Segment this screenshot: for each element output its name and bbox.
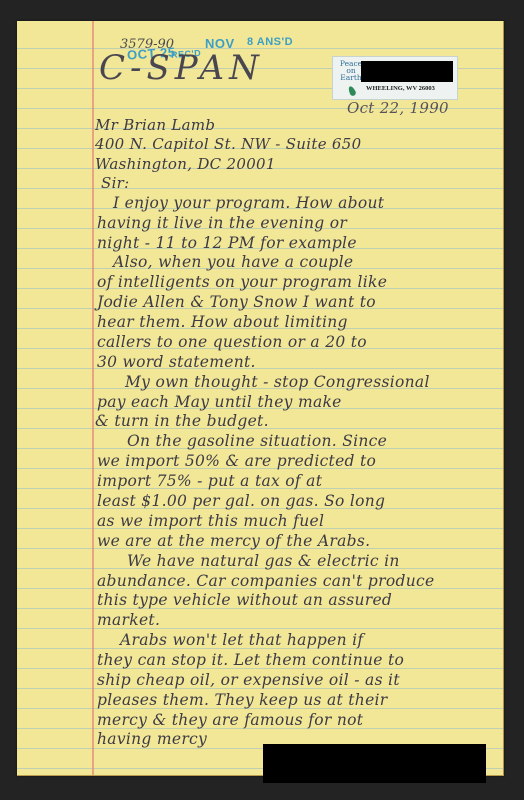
body-line: Also, when you have a couple: [113, 253, 353, 271]
body-line: having it live in the evening or: [97, 214, 347, 232]
body-line: & turn in the budget.: [95, 412, 269, 430]
body-line: they can stop it. Let them continue to: [97, 651, 404, 669]
body-line: Jodie Allen & Tony Snow I want to: [97, 293, 376, 311]
body-line: having mercy: [97, 730, 207, 748]
body-line: we are at the mercy of the Arabs.: [97, 532, 370, 550]
body-line: market.: [97, 611, 160, 629]
body-line: as we import this much fuel: [97, 512, 324, 530]
recipient-city: Washington, DC 20001: [95, 155, 276, 173]
body-line: of intelligents on your program like: [97, 273, 387, 291]
body-line: ship cheap oil, or expensive oil - as it: [97, 671, 400, 689]
heading: C-SPAN: [99, 48, 264, 88]
body-line: hear them. How about limiting: [97, 313, 348, 331]
body-line: this type vehicle without an assured: [97, 591, 392, 609]
body-line: pleases them. They keep us at their: [97, 691, 388, 709]
salutation: Sir:: [101, 174, 130, 192]
redacted-name: [361, 61, 453, 82]
margin-line: [92, 21, 94, 775]
label-city-line: WHEELING, WV 26003: [366, 85, 435, 92]
body-line: import 75% - put a tax of at: [97, 472, 322, 490]
body-line: night - 11 to 12 PM for example: [97, 234, 357, 252]
leaf-icon: [347, 85, 357, 97]
letter-page: 3579-90 OCT 25 REC'D NOV 8 ANS'D Peace o…: [17, 21, 504, 776]
body-line: callers to one question or a 20 to: [97, 333, 367, 351]
letter-date: Oct 22, 1990: [347, 99, 449, 117]
body-line: mercy & they are famous for not: [97, 711, 363, 729]
body-line: we import 50% & are predicted to: [97, 452, 376, 470]
body-line: 30 word statement.: [97, 353, 256, 371]
body-line: I enjoy your program. How about: [113, 194, 384, 212]
body-line: pay each May until they make: [97, 393, 342, 411]
answered-stamp-day-label: 8 ANS'D: [247, 36, 293, 48]
recipient-street: 400 N. Capitol St. NW - Suite 650: [95, 135, 361, 153]
address-label: Peace on Earth WHEELING, WV 26003: [332, 56, 458, 100]
recipient-name: Mr Brian Lamb: [95, 116, 215, 134]
body-line: On the gasoline situation. Since: [127, 432, 387, 450]
body-line: We have natural gas & electric in: [127, 552, 400, 570]
body-line: abundance. Car companies can't produce: [97, 572, 434, 590]
body-line: Arabs won't let that happen if: [120, 631, 363, 649]
redacted-signature: [263, 744, 486, 783]
body-line: least $1.00 per gal. on gas. So long: [97, 492, 385, 510]
body-line: My own thought - stop Congressional: [125, 373, 430, 391]
